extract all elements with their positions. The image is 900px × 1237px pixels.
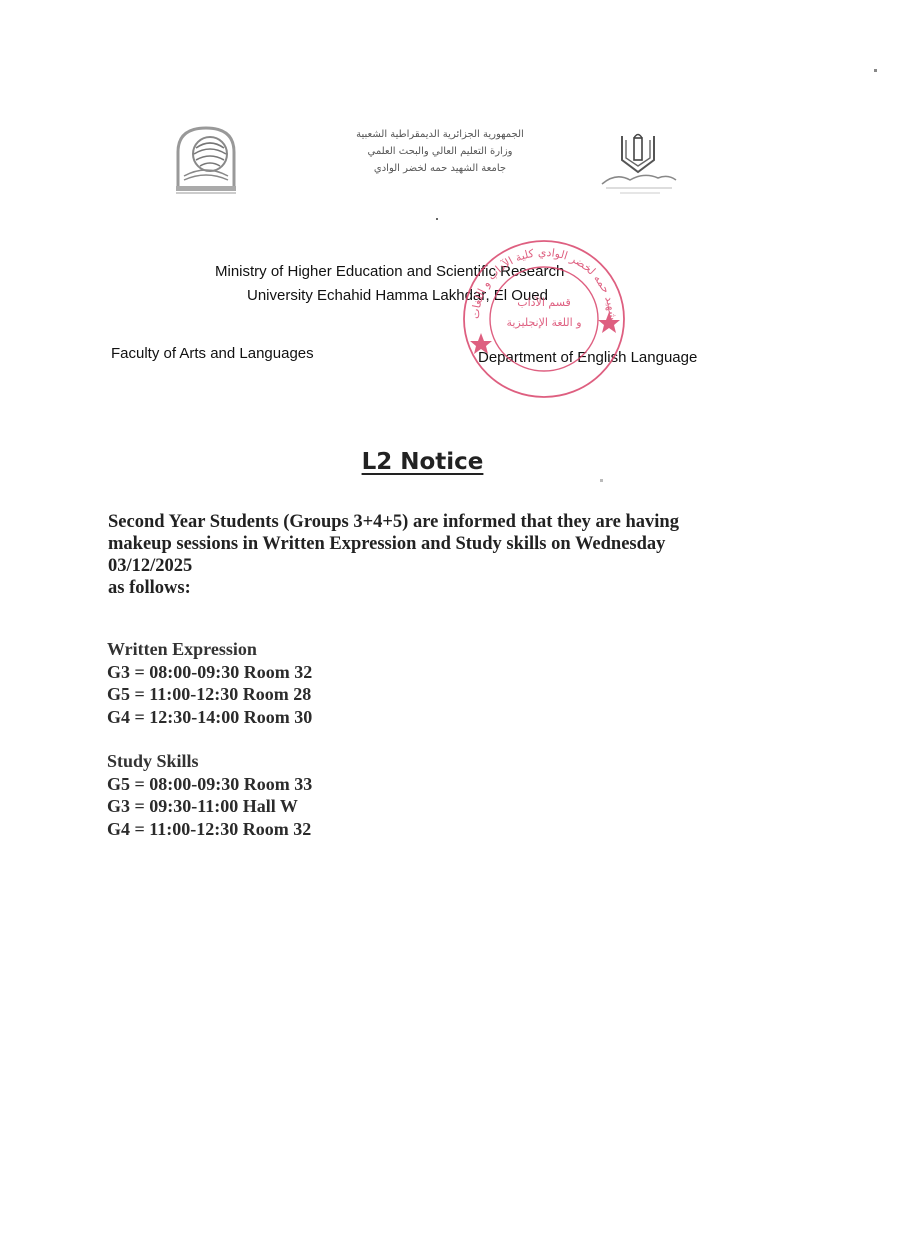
arabic-header: الجمهورية الجزائرية الديمقراطية الشعبية …	[300, 126, 580, 177]
section-heading: Study Skills	[107, 750, 312, 773]
arabic-line-university: جامعة الشهيد حمه لخضر الوادي	[300, 160, 580, 177]
faculty-logo-icon	[596, 128, 680, 198]
intro-line: Second Year Students (Groups 3+4+5) are …	[108, 511, 679, 533]
notice-title: L2 Notice	[0, 449, 845, 475]
schedule-row: G5 = 08:00-09:30 Room 33	[107, 773, 312, 796]
document-page: الجمهورية الجزائرية الديمقراطية الشعبية …	[0, 0, 900, 1237]
schedule-row: G3 = 08:00-09:30 Room 32	[107, 661, 312, 684]
study-skills-schedule: Study Skills G5 = 08:00-09:30 Room 33 G3…	[107, 750, 312, 840]
faculty-name: Faculty of Arts and Languages	[111, 345, 314, 362]
schedule-row: G3 = 09:30-11:00 Hall W	[107, 795, 312, 818]
section-heading: Written Expression	[107, 638, 312, 661]
scan-speck	[600, 479, 603, 482]
stamp-inner-line2: و اللغة الإنجليزية	[506, 316, 581, 329]
stamp-inner-line1: قسم الآداب	[517, 296, 571, 309]
arabic-line-republic: الجمهورية الجزائرية الديمقراطية الشعبية	[300, 126, 580, 143]
official-stamp-icon: جامعة الشهيد حمه لخضر الوادي كلية الآداب…	[461, 238, 627, 400]
notice-intro: Second Year Students (Groups 3+4+5) are …	[108, 511, 679, 599]
intro-line: 03/12/2025	[108, 555, 679, 577]
written-expression-schedule: Written Expression G3 = 08:00-09:30 Room…	[107, 638, 312, 728]
schedule-row: G4 = 11:00-12:30 Room 32	[107, 818, 312, 841]
university-logo-icon	[172, 124, 240, 196]
intro-line: makeup sessions in Written Expression an…	[108, 533, 679, 555]
scan-speck	[436, 218, 438, 220]
schedule-row: G5 = 11:00-12:30 Room 28	[107, 683, 312, 706]
intro-line: as follows:	[108, 577, 679, 599]
scan-speck	[874, 69, 877, 72]
arabic-line-ministry: وزارة التعليم العالي والبحث العلمي	[300, 143, 580, 160]
schedule-row: G4 = 12:30-14:00 Room 30	[107, 706, 312, 729]
